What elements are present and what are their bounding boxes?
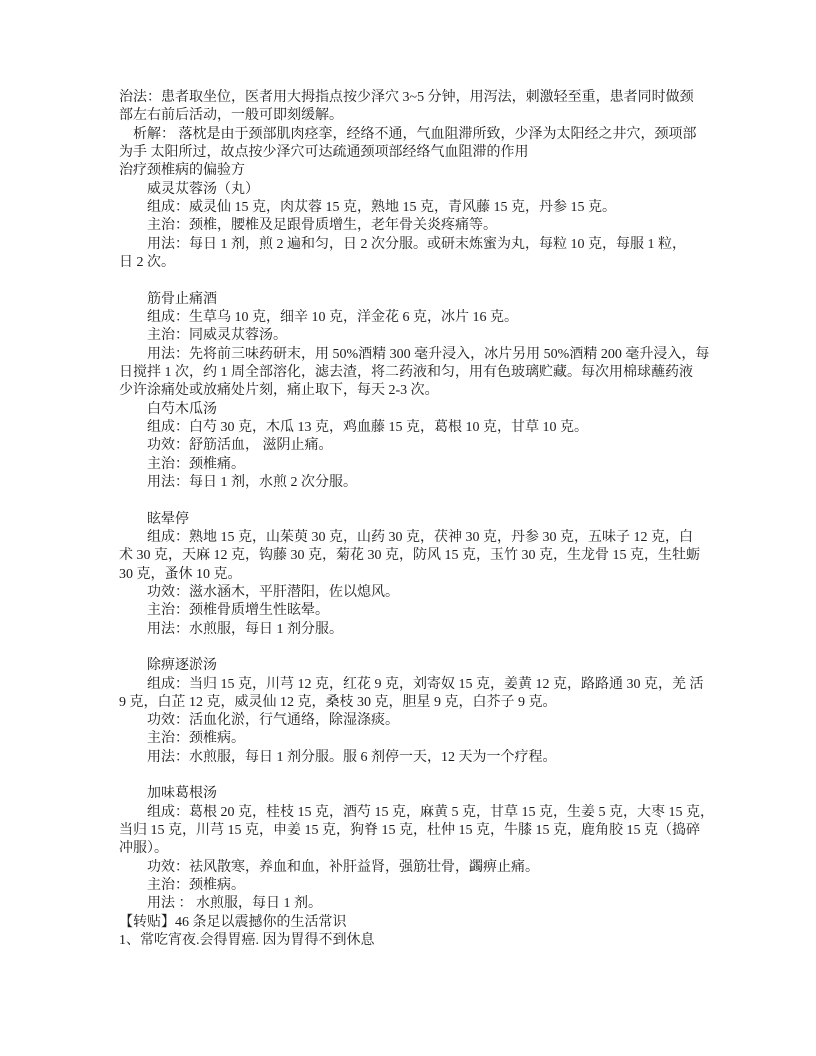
blank-line <box>119 272 719 290</box>
doc-line: 用法 ： 水煎服，每日 1 剂。 <box>119 895 719 913</box>
doc-line: 功效：舒筋活血， 滋阴止痛。 <box>119 437 719 455</box>
doc-line: 功效：活血化淤，行气通络，除湿涤痰。 <box>119 712 719 730</box>
recipe-title: 加味葛根汤 <box>119 785 719 803</box>
recipe-title: 眩晕停 <box>119 511 719 529</box>
doc-line: 组成：生草乌 10 克，细辛 10 克，洋金花 6 克，冰片 16 克。 <box>119 309 719 327</box>
doc-line: 功效：滋水涵木，平肝潜阳，佐以熄风。 <box>119 584 719 602</box>
section-heading: 治疗颈椎病的偏验方 <box>119 162 719 180</box>
doc-line: 术 30 克，天麻 12 克，钩藤 30 克，菊花 30 克，防风 15 克，玉… <box>119 547 719 565</box>
doc-line: 9 克，白芷 12 克，威灵仙 12 克，桑枝 30 克，胆星 9 克，白芥子 … <box>119 694 719 712</box>
doc-line: 用法：每日 1 剂，煎 2 遍和匀，日 2 次分服。或研末炼蜜为丸，每粒 10 … <box>119 236 719 254</box>
recipe-title: 威灵苁蓉汤（丸） <box>119 181 719 199</box>
doc-line: 主治：同威灵苁蓉汤。 <box>119 327 719 345</box>
recipe-title: 白芍木瓜汤 <box>119 401 719 419</box>
repost-heading: 【转贴】46 条足以震撼你的生活常识 <box>119 914 719 932</box>
doc-line: 日 2 次。 <box>119 254 719 272</box>
doc-line: 当归 15 克，川芎 15 克，申姜 15 克，狗脊 15 克，杜仲 15 克，… <box>119 822 719 840</box>
doc-line: 组成：威灵仙 15 克，肉苁蓉 15 克，熟地 15 克，青风藤 15 克，丹参… <box>119 199 719 217</box>
doc-line: 主治：颈椎病。 <box>119 877 719 895</box>
blank-line <box>119 492 719 510</box>
doc-line: 用法：先将前三味药研末，用 50%酒精 300 毫升浸入，冰片另用 50%酒精 … <box>119 346 719 364</box>
doc-line: 部左右前后活动，一般可即刻缓解。 <box>119 107 719 125</box>
recipe-title: 除痹逐淤汤 <box>119 657 719 675</box>
doc-line: 治法：患者取坐位，医者用大拇指点按少泽穴 3~5 分钟，用泻法，刺激轻至重，患者… <box>119 89 719 107</box>
doc-line: 日搅拌 1 次，约 1 周全部溶化，滤去渣，将二药液和匀，用有色玻璃贮藏。每次用… <box>119 364 719 382</box>
doc-line: 用法：每日 1 剂，水煎 2 次分服。 <box>119 474 719 492</box>
doc-line: 1、常吃宵夜.会得胃癌. 因为胃得不到休息 <box>119 932 719 950</box>
doc-line: 主治：颈椎骨质增生性眩晕。 <box>119 602 719 620</box>
doc-line: 主治：颈椎痛。 <box>119 456 719 474</box>
doc-line: 析解： 落枕是由于颈部肌肉痉挛，经络不通，气血阻滞所致，少泽为太阳经之井穴，颈项… <box>119 126 719 144</box>
doc-line: 30 克，蚤休 10 克。 <box>119 566 719 584</box>
doc-line: 组成：当归 15 克，川芎 12 克，红花 9 克，刘寄奴 15 克，姜黄 12… <box>119 676 719 694</box>
doc-line: 组成：葛根 20 克，桂枝 15 克，酒芍 15 克，麻黄 5 克，甘草 15 … <box>119 804 719 822</box>
recipe-title: 筋骨止痛酒 <box>119 291 719 309</box>
doc-line: 用法：水煎服，每日 1 剂分服。服 6 剂停一天，12 天为一个疗程。 <box>119 749 719 767</box>
document-page: 治法：患者取坐位，医者用大拇指点按少泽穴 3~5 分钟，用泻法，刺激轻至重，患者… <box>0 0 816 1056</box>
doc-line: 功效：祛风散寒，养血和血，补肝益肾，强筋壮骨，蠲痹止痛。 <box>119 859 719 877</box>
doc-line: 主治：颈椎病。 <box>119 730 719 748</box>
doc-line: 用法：水煎服，每日 1 剂分服。 <box>119 621 719 639</box>
doc-line: 主治：颈椎，腰椎及足跟骨质增生，老年骨关炎疼痛等。 <box>119 217 719 235</box>
doc-line: 组成：白芍 30 克，木瓜 13 克，鸡血藤 15 克，葛根 10 克，甘草 1… <box>119 419 719 437</box>
blank-line <box>119 639 719 657</box>
doc-line: 为手 太阳所过，故点按少泽穴可达疏通颈项部经络气血阻滞的作用 <box>119 144 719 162</box>
document-body: 治法：患者取坐位，医者用大拇指点按少泽穴 3~5 分钟，用泻法，刺激轻至重，患者… <box>119 89 719 950</box>
doc-line: 组成：熟地 15 克，山茱萸 30 克，山药 30 克，茯神 30 克，丹参 3… <box>119 529 719 547</box>
doc-line: 少许涂痛处或放痛处片刻，痛止取下，每天 2-3 次。 <box>119 382 719 400</box>
blank-line <box>119 767 719 785</box>
doc-line: 冲服）。 <box>119 840 719 858</box>
